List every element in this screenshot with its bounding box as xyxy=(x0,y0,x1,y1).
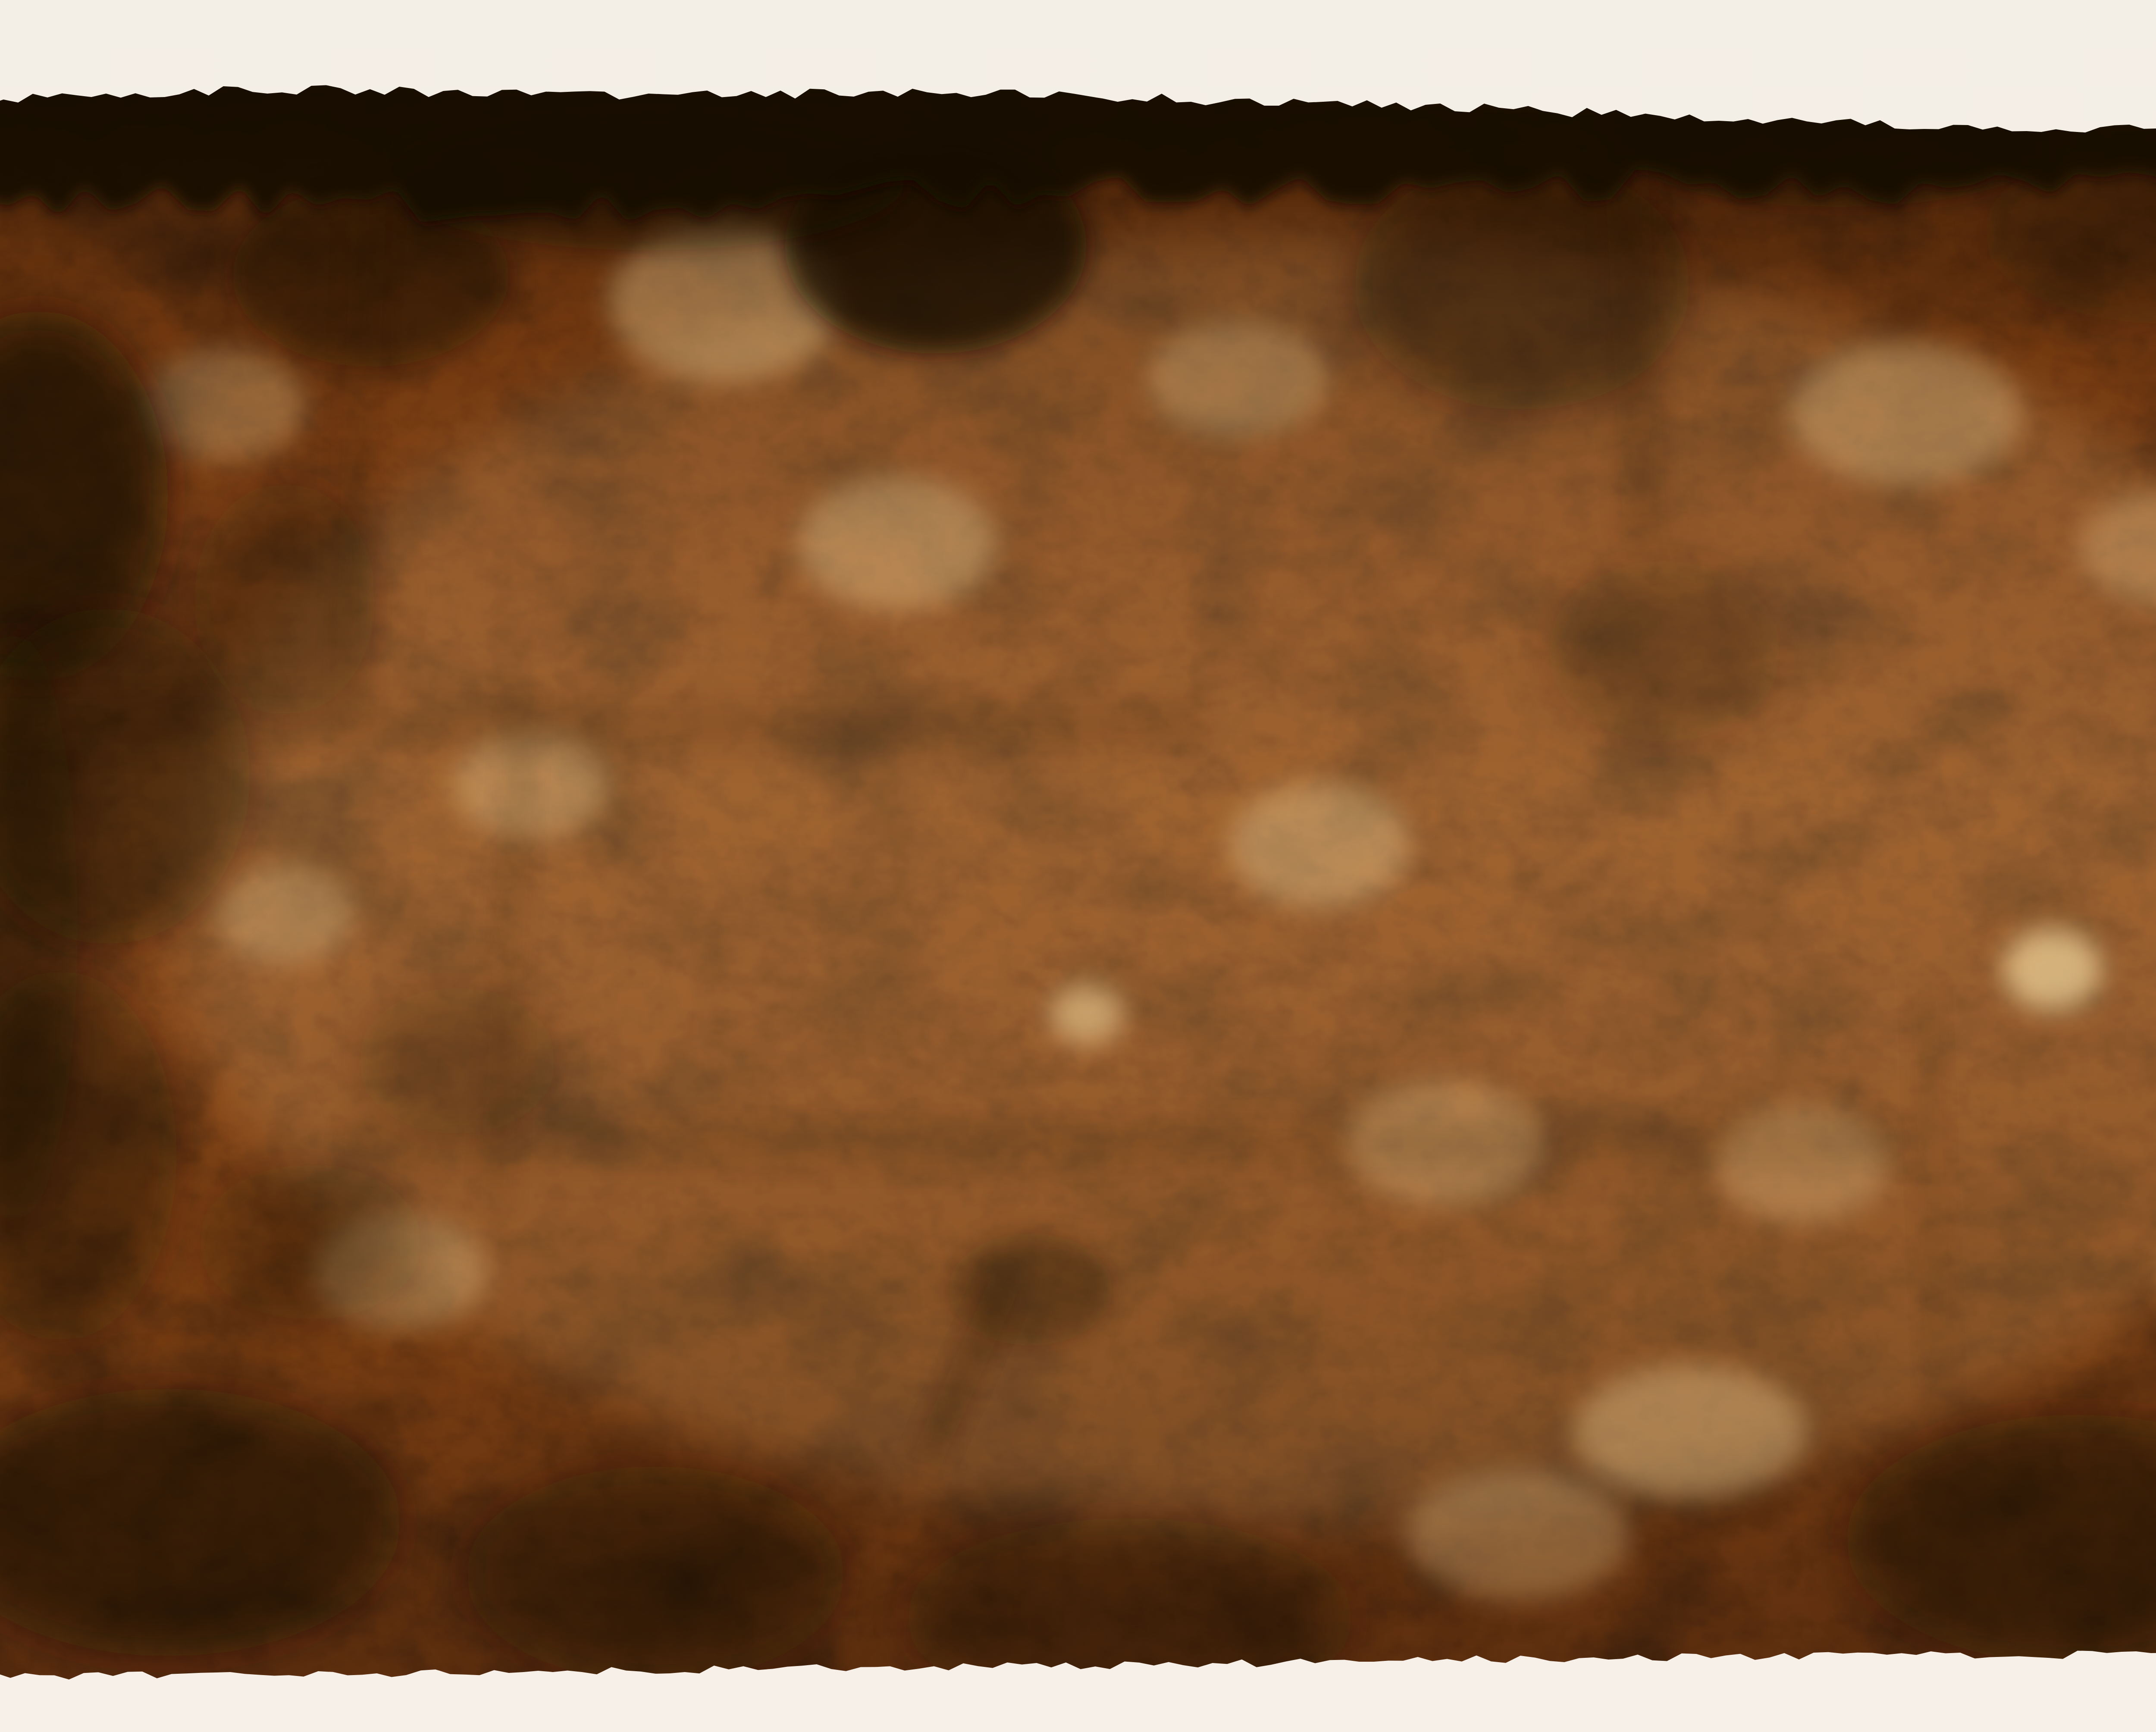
paper-leaf xyxy=(0,64,2156,1716)
manuscript-canvas xyxy=(0,0,2156,1732)
manuscript-photograph xyxy=(0,0,2156,1732)
